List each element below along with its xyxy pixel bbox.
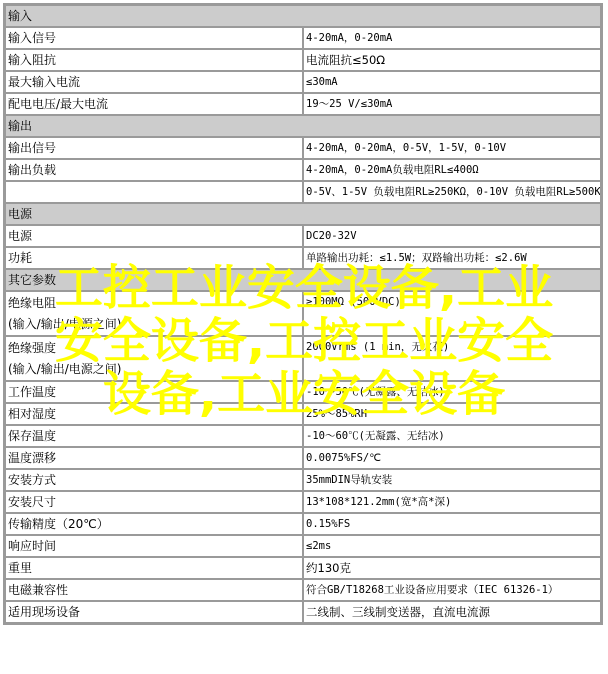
table-row: 输入阻抗 电流阻抗≤50Ω	[5, 49, 602, 71]
row-value: 0-5V、1-5V 负载电阻RL≥250KΩ，0-10V 负载电阻RL≥500K…	[303, 181, 602, 203]
row-value: ≥100MΩ (500VDC)	[303, 291, 602, 336]
table-row: 传输精度（20℃） 0.15%FS	[5, 513, 602, 535]
row-label-line2: (输入/输出/电源之间)	[8, 359, 300, 380]
row-label: 最大输入电流	[5, 71, 304, 93]
table-row: 输出负载 4-20mA，0-20mA负载电阻RL≤400Ω	[5, 159, 602, 181]
table-row: 相对湿度 25%～85%RH	[5, 403, 602, 425]
row-value: ≤2ms	[303, 535, 602, 557]
table-row: 重里 约130克	[5, 557, 602, 579]
row-label: 配电电压/最大电流	[5, 93, 304, 115]
table-row: 输入信号 4-20mA，0-20mA	[5, 27, 602, 49]
row-label	[5, 181, 304, 203]
row-value: 0.15%FS	[303, 513, 602, 535]
table-row: 响应时间 ≤2ms	[5, 535, 602, 557]
table-row: 电磁兼容性 符合GB/T18268工业设备应用要求（IEC 61326-1）	[5, 579, 602, 601]
table-row: 最大输入电流 ≤30mA	[5, 71, 602, 93]
row-label: 传输精度（20℃）	[5, 513, 304, 535]
row-value: 4-20mA，0-20mA，0-5V，1-5V，0-10V	[303, 137, 602, 159]
row-value: 25%～85%RH	[303, 403, 602, 425]
spec-table: 输入 输入信号 4-20mA，0-20mA 输入阻抗 电流阻抗≤50Ω 最大输入…	[3, 3, 603, 625]
row-label: 绝缘电阻 (输入/输出/电源之间)	[5, 291, 304, 336]
row-value: 0.0075%FS/℃	[303, 447, 602, 469]
table-row: 输出信号 4-20mA，0-20mA，0-5V，1-5V，0-10V	[5, 137, 602, 159]
section-header-other: 其它参数	[5, 269, 602, 291]
table-row: 绝缘强度 (输入/输出/电源之间) 2000Vrms (1 min，无火花)	[5, 336, 602, 381]
row-label: 温度漂移	[5, 447, 304, 469]
row-label: 输出负载	[5, 159, 304, 181]
row-label: 响应时间	[5, 535, 304, 557]
row-value: 符合GB/T18268工业设备应用要求（IEC 61326-1）	[303, 579, 602, 601]
section-header-input: 输入	[5, 5, 602, 28]
row-value: 35mmDIN导轨安装	[303, 469, 602, 491]
row-value: 2000Vrms (1 min，无火花)	[303, 336, 602, 381]
table-row: 适用现场设备 二线制、三线制变送器，直流电流源	[5, 601, 602, 624]
section-header-output: 输出	[5, 115, 602, 137]
table-row: 电源 DC20-32V	[5, 225, 602, 247]
section-title: 电源	[5, 203, 602, 225]
table-row: 安装尺寸 13*108*121.2mm(宽*高*深)	[5, 491, 602, 513]
row-label: 相对湿度	[5, 403, 304, 425]
table-row: 工作温度 -10～50℃(无凝露、无结冰)	[5, 381, 602, 403]
table-row: 绝缘电阻 (输入/输出/电源之间) ≥100MΩ (500VDC)	[5, 291, 602, 336]
table-row: 配电电压/最大电流 19～25 V/≤30mA	[5, 93, 602, 115]
table-row: 安装方式 35mmDIN导轨安装	[5, 469, 602, 491]
table-row: 功耗 单路输出功耗：≤1.5W；双路输出功耗：≤2.6W	[5, 247, 602, 269]
row-label: 电源	[5, 225, 304, 247]
row-label: 输入阻抗	[5, 49, 304, 71]
row-label: 电磁兼容性	[5, 579, 304, 601]
row-label-line1: 绝缘电阻	[8, 293, 300, 314]
row-value: 电流阻抗≤50Ω	[303, 49, 602, 71]
row-label: 输入信号	[5, 27, 304, 49]
row-value: -10～60℃(无凝露、无结冰)	[303, 425, 602, 447]
row-label-line1: 绝缘强度	[8, 338, 300, 359]
row-value: 13*108*121.2mm(宽*高*深)	[303, 491, 602, 513]
table-row: 0-5V、1-5V 负载电阻RL≥250KΩ，0-10V 负载电阻RL≥500K…	[5, 181, 602, 203]
section-title: 其它参数	[5, 269, 602, 291]
row-label-line2: (输入/输出/电源之间)	[8, 314, 300, 335]
row-value: DC20-32V	[303, 225, 602, 247]
row-label: 功耗	[5, 247, 304, 269]
row-label: 安装方式	[5, 469, 304, 491]
section-title: 输出	[5, 115, 602, 137]
row-value: -10～50℃(无凝露、无结冰)	[303, 381, 602, 403]
row-label: 保存温度	[5, 425, 304, 447]
row-label: 重里	[5, 557, 304, 579]
section-header-power: 电源	[5, 203, 602, 225]
row-value: 单路输出功耗：≤1.5W；双路输出功耗：≤2.6W	[303, 247, 602, 269]
row-value: 二线制、三线制变送器，直流电流源	[303, 601, 602, 624]
row-value: 约130克	[303, 557, 602, 579]
row-value: 4-20mA，0-20mA	[303, 27, 602, 49]
row-value: ≤30mA	[303, 71, 602, 93]
table-row: 保存温度 -10～60℃(无凝露、无结冰)	[5, 425, 602, 447]
section-title: 输入	[5, 5, 602, 28]
table-row: 温度漂移 0.0075%FS/℃	[5, 447, 602, 469]
row-label: 输出信号	[5, 137, 304, 159]
row-label: 安装尺寸	[5, 491, 304, 513]
row-label: 绝缘强度 (输入/输出/电源之间)	[5, 336, 304, 381]
row-label: 工作温度	[5, 381, 304, 403]
row-label: 适用现场设备	[5, 601, 304, 624]
row-value: 19～25 V/≤30mA	[303, 93, 602, 115]
row-value: 4-20mA，0-20mA负载电阻RL≤400Ω	[303, 159, 602, 181]
